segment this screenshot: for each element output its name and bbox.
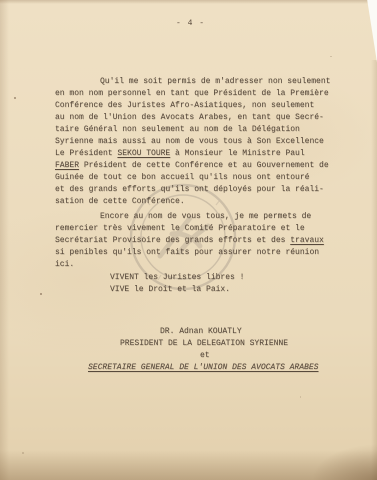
document-line: FABER Président de cette Conférence et a… [55,160,345,172]
document-line: DR. Adnan KOUATLY [55,326,345,338]
text-segment: et [200,351,210,360]
underlined-text: FABER [55,161,79,170]
text-segment: en mon nom personnel en tant que Préside… [55,89,329,98]
page-number: - 4 - [176,19,205,28]
signature-block: DR. Adnan KOUATLYPRESIDENT DE LA DELEGAT… [55,326,345,374]
paper-speck [14,97,16,99]
document-line: taire Général non seulement au nom de la… [55,124,345,136]
page-corner-shadow [257,410,377,480]
text-segment: Syrienne mais aussi au nom de vous tous … [55,137,324,146]
document-line: en mon nom personnel en tant que Préside… [55,88,345,100]
document-line: sation de cette Conférence. [55,196,345,208]
document-line: et des grands efforts qu'ils ont déployé… [55,184,345,196]
text-segment: Guinée de tout ce bon accueil qu'ils nou… [55,173,309,182]
text-segment: sation de cette Conférence. [55,197,185,206]
text-segment: Le Président [55,149,117,158]
document-line: ici. [55,259,345,271]
document-line: VIVE le Droit et la Paix. [55,284,345,296]
document-line: VIVENT les Juristes libres ! [55,272,345,284]
text-segment: Qu'il me soit permis de m'adresser non s… [100,77,330,86]
underlined-text: travaux [290,236,324,245]
document-line: et [55,350,345,362]
document-line: Syrienne mais aussi au nom de vous tous … [55,136,345,148]
text-segment: VIVE le Droit et la Paix. [110,285,230,294]
text-segment: taire Général non seulement au nom de la… [55,125,300,134]
document-line: Secrétariat Provisoire des grands effort… [55,235,345,247]
document-line: au nom de l'Union des Avocats Arabes, en… [55,112,345,124]
text-segment: Conférence des Juristes Afro-Asiatiques,… [55,101,314,110]
text-segment: VIVENT les Juristes libres ! [110,273,244,282]
scanned-page: - 4 - Qu'il me soit permis de m'adresser… [0,0,377,480]
document-line: Encore au nom de vous tous, je me permet… [55,211,345,223]
underlined-text: SEKOU TOURE [117,149,170,158]
text-segment: au nom de l'Union des Avocats Arabes, en… [55,113,324,122]
text-segment: Président de cette Conférence et au Gouv… [79,161,329,170]
document-line: Guinée de tout ce bon accueil qu'ils nou… [55,172,345,184]
underlined-text: SECRETAIRE GENERAL DE L'UNION DES AVOCAT… [88,363,318,372]
text-segment: DR. Adnan KOUATLY [160,327,242,336]
document-line: SECRETAIRE GENERAL DE L'UNION DES AVOCAT… [55,362,345,374]
text-segment: ici. [55,260,74,269]
document-line: Le Président SEKOU TOURE à Monsieur le M… [55,148,345,160]
text-segment: remercier très vivement le Comité Prépar… [55,224,305,233]
document-line: Qu'il me soit permis de m'adresser non s… [55,76,345,88]
page-top-shadow [0,0,377,4]
text-segment: si penibles qu'ils ont faits pour assure… [55,248,319,257]
document-line: remercier très vivement le Comité Prépar… [55,223,345,235]
document-line: si penibles qu'ils ont faits pour assure… [55,247,345,259]
document-line: Conférence des Juristes Afro-Asiatiques,… [55,100,345,112]
paper-speck [40,293,42,295]
document-body: Qu'il me soit permis de m'adresser non s… [55,52,345,398]
text-segment: à Monsieur le Ministre Paul [170,149,304,158]
paper-speck [330,56,332,57]
body-paragraphs: Qu'il me soit permis de m'adresser non s… [55,76,345,296]
document-line: PRESIDENT DE LA DELEGATION SYRIENNE [55,338,345,350]
text-segment: Secrétariat Provisoire des grands effort… [55,236,290,245]
text-segment: et des grands efforts qu'ils ont déployé… [55,185,324,194]
page-left-shadow [0,0,9,480]
paper-speck [300,396,301,398]
text-segment: Encore au nom de vous tous, je me permet… [100,212,311,221]
text-segment: PRESIDENT DE LA DELEGATION SYRIENNE [120,339,288,348]
